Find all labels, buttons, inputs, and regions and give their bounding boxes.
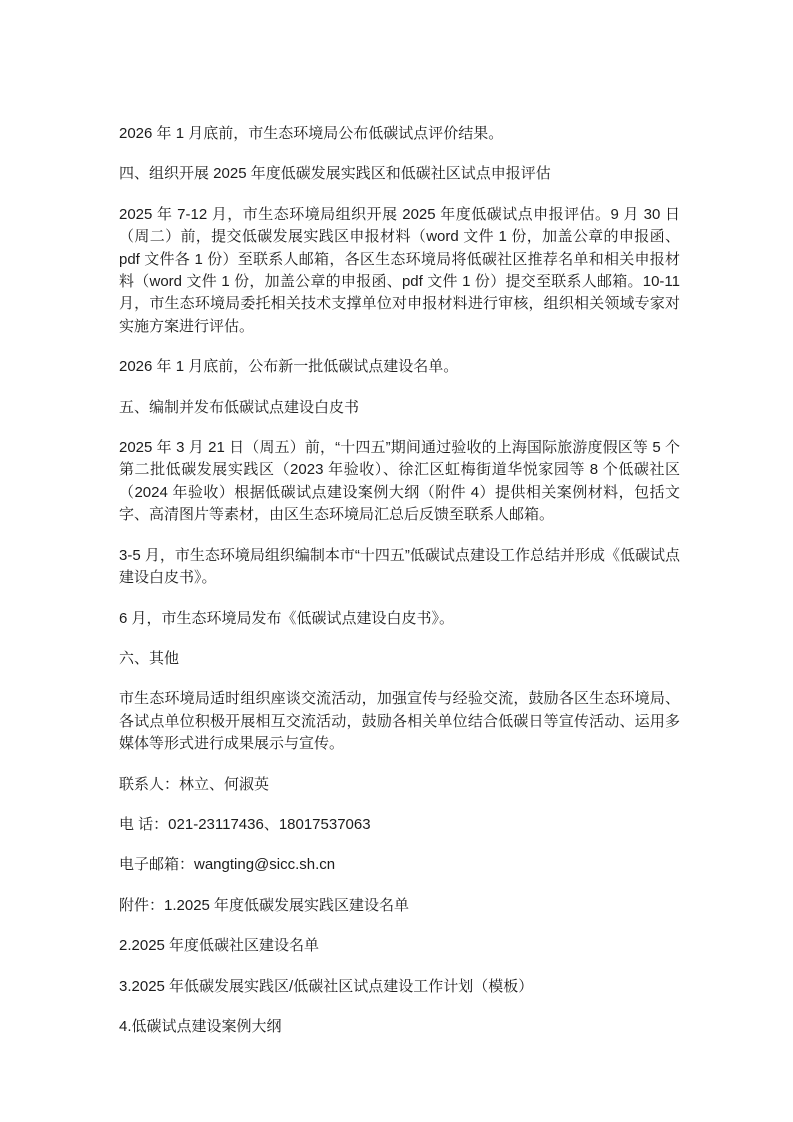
paragraph-case-materials: 2025 年 3 月 21 日（周五）前，“十四五”期间通过验收的上海国际旅游度… xyxy=(119,437,680,527)
section-heading-6: 六、其他 xyxy=(119,648,680,670)
paragraph-whitepaper-drafting: 3-5 月，市生态环境局组织编制本市“十四五”低碳试点建设工作总结并形成《低碳试… xyxy=(119,545,680,590)
attachment-line-3: 3.2025 年低碳发展实践区/低碳社区试点建设工作计划（模板） xyxy=(119,976,680,998)
section-heading-4: 四、组织开展 2025 年度低碳发展实践区和低碳社区试点申报评估 xyxy=(119,163,680,185)
attachment-line-2: 2.2025 年度低碳社区建设名单 xyxy=(119,935,680,957)
document-page: 2026 年 1 月底前，市生态环境局公布低碳试点评价结果。 四、组织开展 20… xyxy=(0,0,793,1122)
paragraph-whitepaper-release: 6 月，市生态环境局发布《低碳试点建设白皮书》。 xyxy=(119,608,680,630)
paragraph-application-evaluation: 2025 年 7-12 月，市生态环境局组织开展 2025 年度低碳试点申报评估… xyxy=(119,204,680,338)
attachment-line-4: 4.低碳试点建设案例大纲 xyxy=(119,1016,680,1038)
phone-line: 电 话：021-23117436、18017537063 xyxy=(119,814,680,836)
attachment-line-1: 附件：1.2025 年度低碳发展实践区建设名单 xyxy=(119,895,680,917)
section-heading-5: 五、编制并发布低碳试点建设白皮书 xyxy=(119,397,680,419)
paragraph-new-list-announcement: 2026 年 1 月底前，公布新一批低碳试点建设名单。 xyxy=(119,356,680,378)
paragraph-exchange-activities: 市生态环境局适时组织座谈交流活动，加强宣传与经验交流，鼓励各区生态环境局、各试点… xyxy=(119,688,680,755)
email-line: 电子邮箱：wangting@sicc.sh.cn xyxy=(119,854,680,876)
paragraph-evaluation-result: 2026 年 1 月底前，市生态环境局公布低碳试点评价结果。 xyxy=(119,123,680,145)
contact-person-line: 联系人：林立、何淑英 xyxy=(119,774,680,796)
